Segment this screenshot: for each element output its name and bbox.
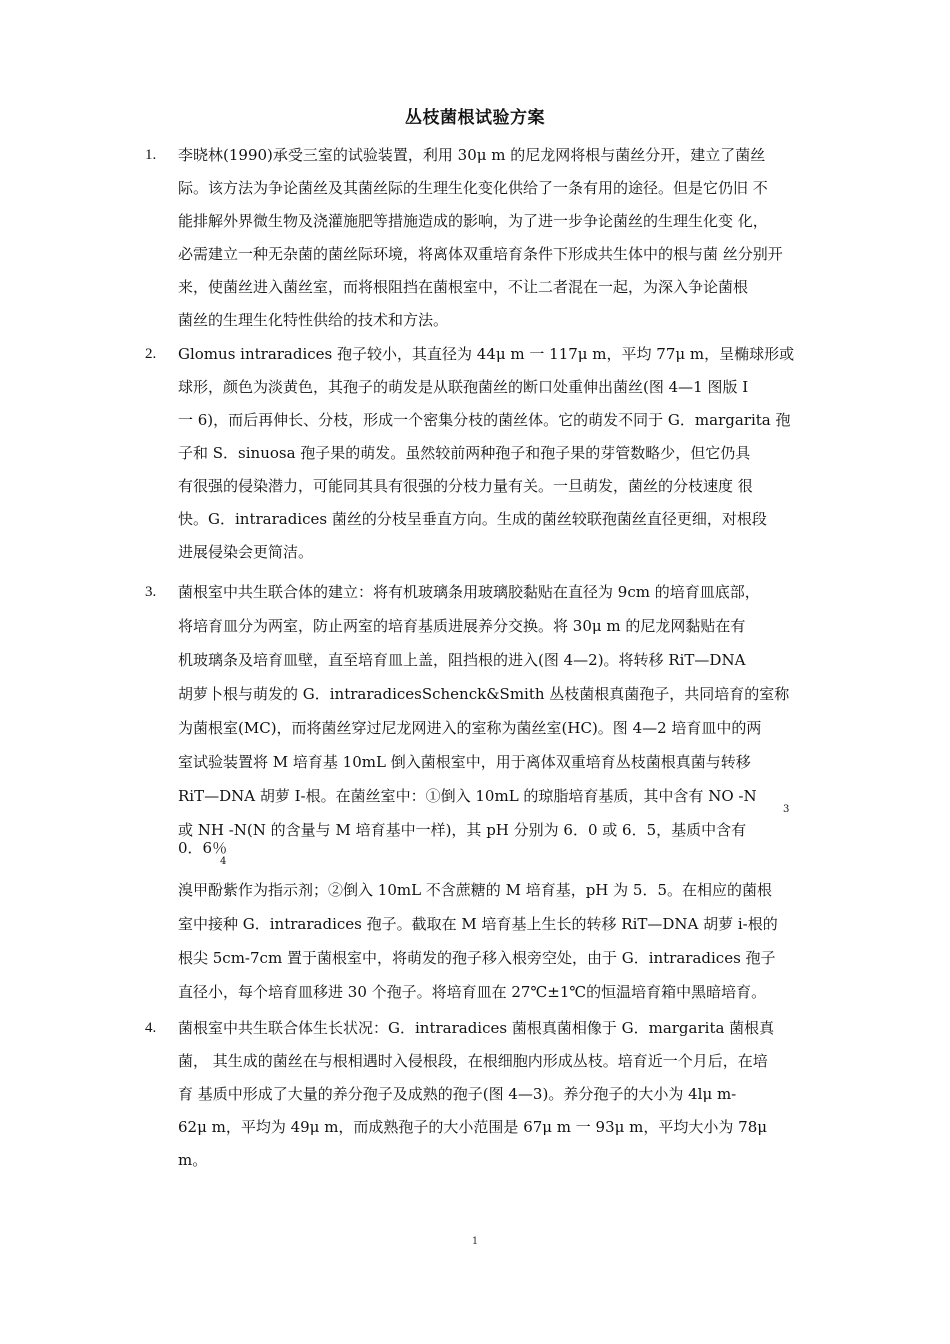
item-3-line-8: 或 NH -N(N 的含量与 M 培育基中一样)，其 pH 分别为 6．0 或 … [178, 820, 746, 840]
item-4-number: 4. [145, 1018, 156, 1038]
item-3-line-10: 溴甲酚紫作为指示剂；②倒入 10mL 不含蔗糖的 M 培育基，pH 为 5．5。… [178, 880, 772, 900]
item-2-line-1: Glomus intraradices 孢子较小，其直径为 44μ m 一 11… [178, 344, 794, 364]
item-3-line-11: 室中接种 G．intraradices 孢子。截取在 M 培育基上生长的转移 R… [178, 914, 778, 934]
item-1-line-3: 能排解外界微生物及浇灌施肥等措施造成的影响，为了进一步争论菌丝的生理生化变 化， [178, 211, 768, 231]
item-4-line-1: 菌根室中共生联合体生长状况：G．intraradices 菌根真菌相像于 G．m… [178, 1018, 774, 1038]
item-3-line-13: 直径小，每个培育皿移进 30 个孢子。将培育皿在 27℃±1℃的恒温培育箱中黑暗… [178, 982, 766, 1002]
item-2-line-2: 球形，颜色为淡黄色，其孢子的萌发是从联孢菌丝的断口处重伸出菌丝(图 4—1 图版… [178, 377, 748, 397]
item-2-line-6: 快。G．intraradices 菌丝的分枝呈垂直方向。生成的菌丝较联孢菌丝直径… [178, 509, 767, 529]
item-1-line-6: 菌丝的生理生化特性供给的技术和方法。 [178, 310, 448, 330]
item-2-line-4: 子和 S．sinuosa 孢子果的萌发。虽然较前两种孢子和孢子果的芽管数略少，但… [178, 443, 750, 463]
item-1-line-2: 际。该方法为争论菌丝及其菌丝际的生理生化变化供给了一条有用的途径。但是它仍旧 不 [178, 178, 768, 198]
item-3-line-6: 室试验装置将 M 培育基 10mL 倒入菌根室中，用于离体双重培育丛枝菌根真菌与… [178, 752, 751, 772]
item-3-line-3: 机玻璃条及培育皿壁，直至培育皿上盖，阻挡根的进入(图 4—2)。将转移 RiT—… [178, 650, 745, 670]
page-number: 1 [0, 1236, 950, 1247]
item-1-number: 1. [145, 145, 156, 165]
item-4-line-2: 菌， 其生成的菌丝在与根相遇时入侵根段，在根细胞内形成丛枝。培育近一个月后，在培 [178, 1051, 768, 1071]
subscript-4: 4 [220, 852, 226, 872]
item-3-line-4: 胡萝卜根与萌发的 G．intraradicesSchenck&Smith 丛枝菌… [178, 684, 789, 704]
item-3-line-12: 根尖 5cm-7cm 置于菌根室中，将萌发的孢子移入根旁空处，由于 G．intr… [178, 948, 776, 968]
item-2-line-7: 进展侵染会更简洁。 [178, 542, 313, 562]
subscript-3: 3 [783, 800, 789, 820]
item-3-line-7: RiT—DNA 胡萝 I-根。在菌丝室中：①倒入 10mL 的琼脂培育基质，其中… [178, 786, 757, 806]
item-4-line-4: 62μ m，平均为 49μ m，而成熟孢子的大小范围是 67μ m 一 93μ … [178, 1117, 767, 1137]
item-3-line-5: 为菌根室(MC)，而将菌丝穿过尼龙网进入的室称为菌丝室(HC)。图 4—2 培育… [178, 718, 761, 738]
item-2-line-3: 一 6)，而后再伸长、分枝，形成一个密集分枝的菌丝体。它的萌发不同于 G．mar… [178, 410, 791, 430]
item-4-line-5: m。 [178, 1150, 207, 1170]
item-4-line-3: 育 基质中形成了大量的养分孢子及成熟的孢子(图 4—3)。养分孢子的大小为 4l… [178, 1084, 736, 1104]
document-page: 丛枝菌根试验方案 1. 李晓林(1990)承受三室的试验装置，利用 30μ m … [0, 0, 950, 1344]
item-1-line-1: 李晓林(1990)承受三室的试验装置，利用 30μ m 的尼龙网将根与菌丝分开，… [178, 145, 765, 165]
item-3-number: 3. [145, 582, 156, 602]
item-1-line-5: 来，使菌丝进入菌丝室，而将根阻挡在菌根室中，不让二者混在一起，为深入争论菌根 [178, 277, 748, 297]
item-1-line-4: 必需建立一种无杂菌的菌丝际环境，将离体双重培育条件下形成共生体中的根与菌 丝分别… [178, 244, 783, 264]
item-3-line-2: 将培育皿分为两室，防止两室的培育基质进展养分交换。将 30μ m 的尼龙网黏贴在… [178, 616, 745, 636]
item-3-line-1: 菌根室中共生联合体的建立：将有机玻璃条用玻璃胶黏贴在直径为 9cm 的培育皿底部… [178, 582, 760, 602]
item-2-line-5: 有很强的侵染潜力，可能同其具有很强的分枝力量有关。一旦萌发，菌丝的分枝速度 很 [178, 476, 753, 496]
document-title: 丛枝菌根试验方案 [0, 103, 950, 128]
item-2-number: 2. [145, 344, 156, 364]
